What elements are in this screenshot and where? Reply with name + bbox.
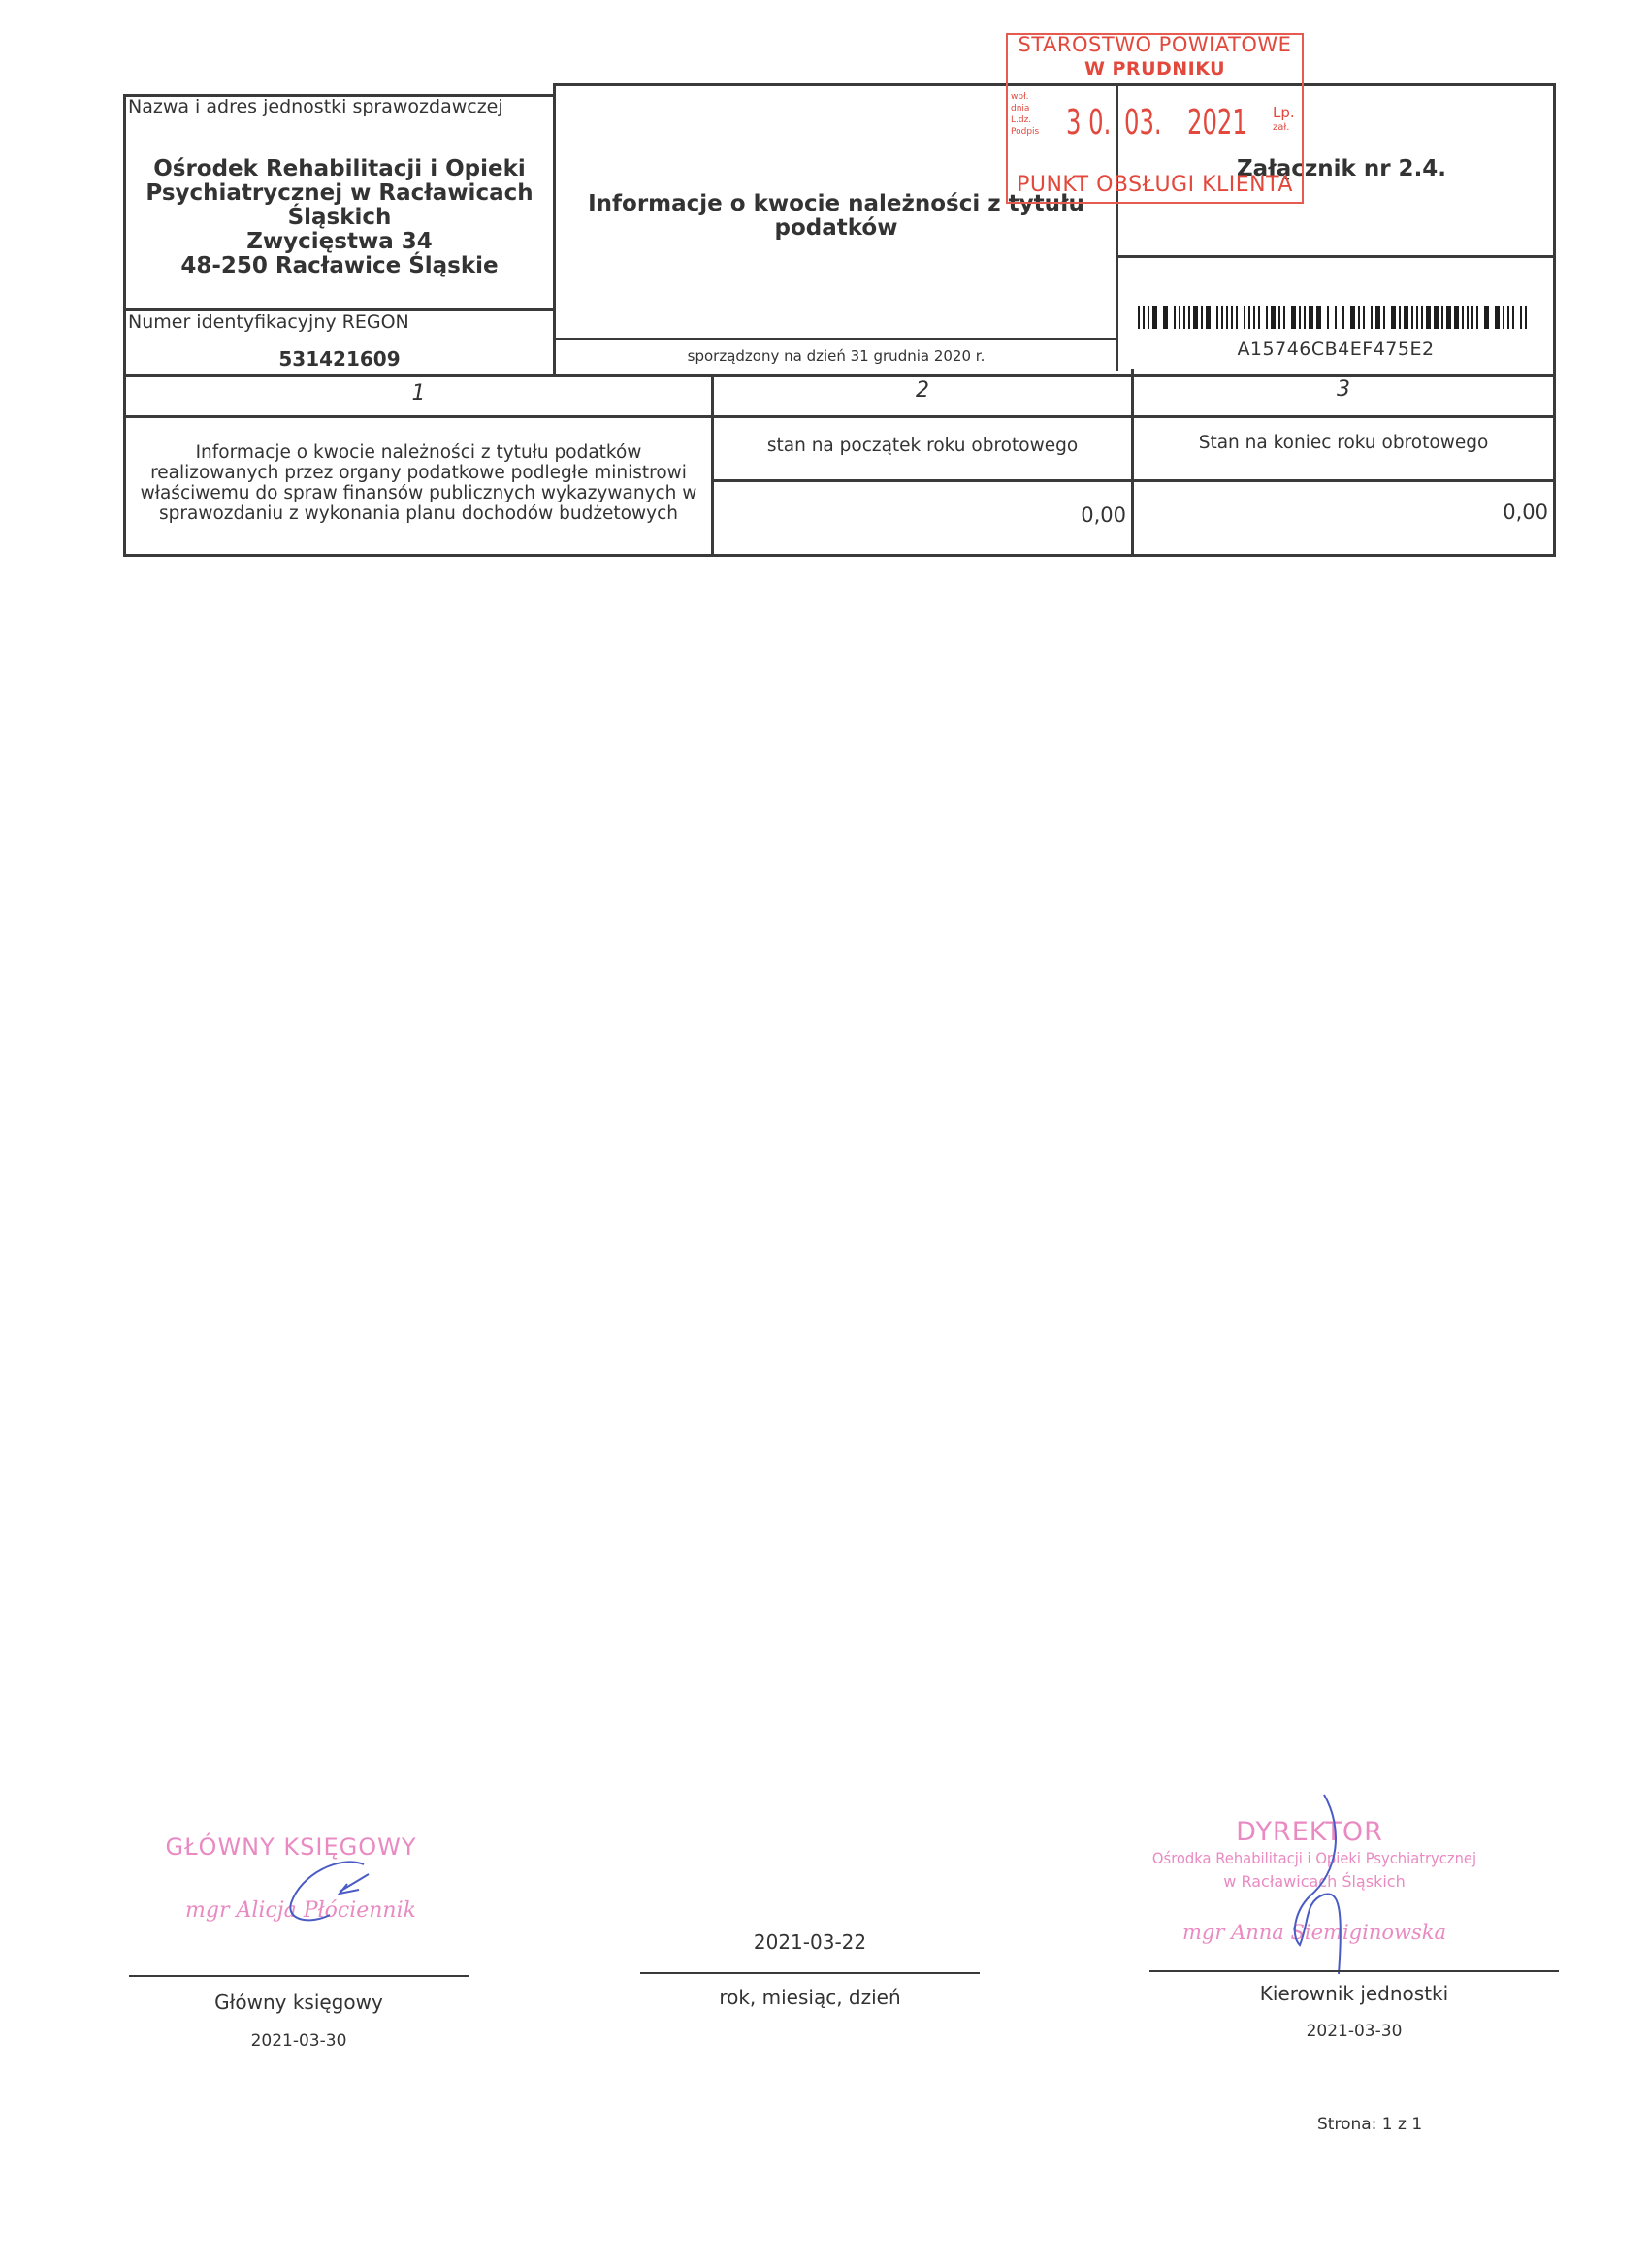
stamp-footer: PUNKT OBSŁUGI KLIENTA (1008, 173, 1302, 197)
stamp-title-line2: W PRUDNIKU (1008, 58, 1302, 80)
director-line (1149, 1970, 1559, 1972)
stamp-title-line1: STAROSTWO POWIATOWE (1008, 33, 1302, 56)
column-number-3: 3 (1134, 377, 1553, 402)
date-label: rok, miesiąc, dzień (640, 1986, 980, 2009)
column-number-1: 1 (126, 381, 711, 405)
col2-value: 0,00 (714, 503, 1126, 527)
date-line (640, 1972, 980, 1974)
row-description: Informacje o kwocie należności z tytułu … (126, 442, 711, 524)
chief-accountant-date: 2021-03-30 (129, 2031, 469, 2051)
receipt-stamp: STAROSTWO POWIATOWE W PRUDNIKU wpł. dnia… (1006, 33, 1304, 204)
barcode (1138, 306, 1536, 329)
stamp-lp: Lp. zał. (1273, 105, 1295, 136)
col3-header: Stan na koniec roku obrotowego (1134, 433, 1553, 453)
col2-header: stan na początek roku obrotowego (714, 436, 1131, 456)
barcode-text: A15746CB4EF475E2 (1118, 339, 1553, 360)
prepared-on-date: sporządzony na dzień 31 grudnia 2020 r. (556, 347, 1116, 365)
regon-label: Numer identyfikacyjny REGON (128, 311, 409, 333)
unit-label: Nazwa i adres jednostki sprawozdawczej (128, 96, 503, 117)
director-signature (1271, 1790, 1358, 1974)
chief-accountant-label: Główny księgowy (129, 1991, 469, 2014)
column-number-2: 2 (714, 378, 1131, 403)
chief-accountant-signature (272, 1855, 388, 1932)
stamp-day: 3 0. (1066, 103, 1111, 143)
col3-value: 0,00 (1134, 501, 1548, 524)
unit-name: Ośrodek Rehabilitacji i Opieki Psychiatr… (126, 157, 553, 278)
regon-value: 531421609 (126, 347, 553, 372)
director-date: 2021-03-30 (1149, 2022, 1559, 2041)
report-date: 2021-03-22 (640, 1930, 980, 1954)
director-label: Kierownik jednostki (1149, 1982, 1559, 2005)
stamp-month: 03. (1124, 103, 1162, 143)
stamp-year: 2021 (1187, 103, 1247, 143)
chief-accountant-line (129, 1975, 469, 1977)
page-number: Strona: 1 z 1 (1317, 2115, 1422, 2134)
stamp-labels: wpł. dnia L.dz. Podpis (1011, 91, 1039, 138)
